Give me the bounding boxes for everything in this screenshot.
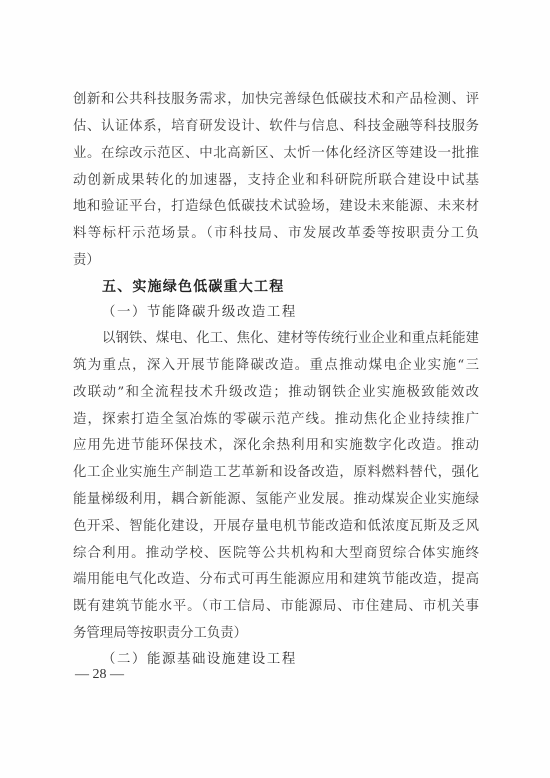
paragraph-line: 色开采、智能化建设，开展存量电机节能改造和低浓度瓦斯及乏风 xyxy=(73,514,479,540)
paragraph-line: 改联动”和全流程技术升级改造；推动钢铁企业实施极致能效改 xyxy=(73,380,479,406)
paragraph-line: 创新和公共科技服务需求，加快完善绿色低碳技术和产品检测、评 xyxy=(73,87,479,113)
paragraph-line: 估、认证体系，培育研发设计、软件与信息、科技金融等科技服务 xyxy=(73,114,479,140)
paragraph-line: 责） xyxy=(73,248,479,274)
paragraph-line: 能量梯级利用，耦合新能源、氢能产业发展。推动煤炭企业实施绿 xyxy=(73,487,479,513)
paragraph-line: 务管理局等按职责分工负责） xyxy=(73,621,479,647)
paragraph-line: 以钢铁、煤电、化工、焦化、建材等传统行业企业和重点耗能建 xyxy=(102,326,479,352)
subsection-heading: （一）节能降碳升级改造工程 xyxy=(102,300,297,326)
paragraph-line: 筑为重点，深入开展节能降碳改造。重点推动煤电企业实施“三 xyxy=(73,353,479,379)
paragraph-line: 化工企业实施生产制造工艺革新和设备改造，原料燃料替代，强化 xyxy=(73,460,479,486)
document-page: 创新和公共科技服务需求，加快完善绿色低碳技术和产品检测、评 估、认证体系，培育研… xyxy=(0,0,550,778)
subsection-heading: （二）能源基础设施建设工程 xyxy=(102,647,297,673)
section-heading: 五、实施绿色低碳重大工程 xyxy=(102,274,284,300)
paragraph-line: 动创新成果转化的加速器，支持企业和科研院所联合建设中试基 xyxy=(73,168,479,194)
paragraph-line: 综合利用。推动学校、医院等公共机构和大型商贸综合体实施终 xyxy=(73,541,479,567)
paragraph-line: 业。在综改示范区、中北高新区、太忻一体化经济区等建设一批推 xyxy=(73,141,479,167)
paragraph-line: 应用先进节能环保技术，深化余热利用和实施数字化改造。推动 xyxy=(73,433,479,459)
paragraph-line: 造，探索打造全氢冶炼的零碳示范产线。推动焦化企业持续推广 xyxy=(73,407,479,433)
paragraph-line: 地和验证平台，打造绿色低碳技术试验场，建设未来能源、未来材 xyxy=(73,194,479,220)
page-number: — 28 — xyxy=(75,664,124,686)
paragraph-line: 端用能电气化改造、分布式可再生能源应用和建筑节能改造，提高 xyxy=(73,567,479,593)
paragraph-line: 既有建筑节能水平。（市工信局、市能源局、市住建局、市机关事 xyxy=(73,594,479,620)
paragraph-line: 料等标杆示范场景。（市科技局、市发展改革委等按职责分工负 xyxy=(73,221,479,247)
